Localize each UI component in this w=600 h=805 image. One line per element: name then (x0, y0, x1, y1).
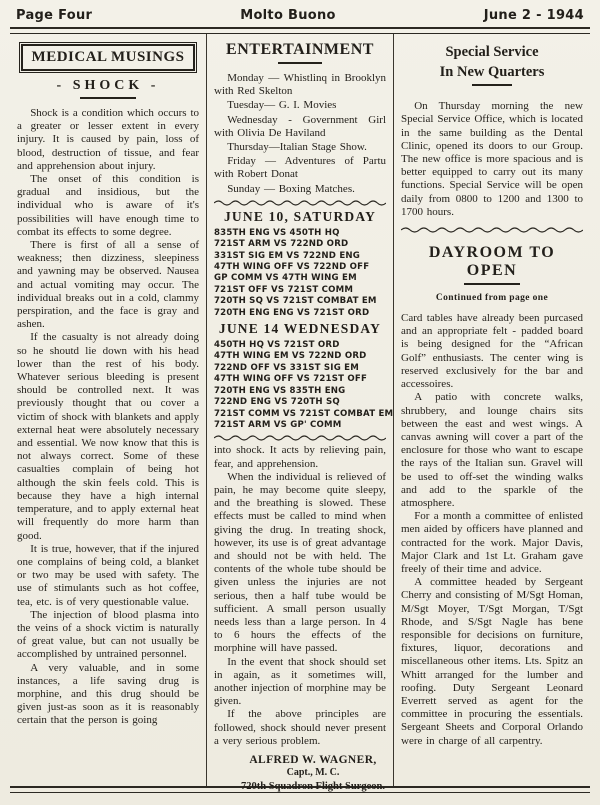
schedule-item: Wednesday - Government Girl with Olivia … (214, 114, 386, 140)
article-continuation-paragraph: into shock. It acts by relieving pain, f… (214, 444, 386, 470)
special-service-headline-line2: In New Quarters (401, 63, 583, 81)
column-special-service: Special Service In New Quarters On Thurs… (394, 34, 590, 786)
game-matchup: 722ND ENG VS 720TH SQ (214, 397, 386, 408)
medical-paragraph: The injection of blood plasma into the v… (17, 609, 199, 662)
column-entertainment: ENTERTAINMENT Monday — Whistlinq in Broo… (206, 34, 394, 786)
entertainment-headline: ENTERTAINMENT (214, 41, 386, 59)
wavy-divider (214, 200, 386, 206)
june14-headline: JUNE 14 WEDNESDAY (214, 321, 386, 337)
signature-title: 720th Squadron Flight Surgeon. (240, 780, 386, 793)
game-matchup: 721ST ARM VS 722ND ORD (214, 239, 386, 250)
signature-rank: Capt., M. C. (240, 767, 386, 780)
game-matchup: 721ST ARM VS GP' COMM (214, 420, 386, 431)
game-matchup: 720TH ENG ENG VS 721ST ORD (214, 308, 386, 319)
game-matchup: 722ND OFF VS 331ST SIG EM (214, 363, 386, 374)
game-matchup: 835TH ENG VS 450TH HQ (214, 228, 386, 239)
game-matchup: 450TH HQ VS 721ST ORD (214, 340, 386, 351)
schedule-item: Friday — Adventures of Partu with Robert… (214, 155, 386, 181)
medical-paragraph: A very valuable, and in some instances, … (17, 662, 199, 728)
newspaper-title: Molto Buono (240, 8, 336, 23)
game-matchup: 721ST COMM VS 721ST COMBAT EM (214, 409, 386, 420)
medical-musings-headline: MEDICAL MUSINGS (21, 44, 195, 71)
article-continuation-paragraph: In the event that shock should set in ag… (214, 656, 386, 709)
columns-container: MEDICAL MUSINGS - SHOCK - Shock is a con… (10, 34, 590, 786)
game-matchup: 720TH ENG VS 835TH ENG (214, 386, 386, 397)
dayroom-paragraph: A committee headed by Sergeant Cherry an… (401, 576, 583, 748)
june10-headline: JUNE 10, SATURDAY (214, 209, 386, 225)
game-matchup: 331ST SIG EM VS 722ND ENG (214, 251, 386, 262)
schedule-item: Sunday — Boxing Matches. (214, 183, 386, 196)
shock-underline-rule (80, 97, 136, 99)
medical-paragraph: There is first of all a sense of weaknes… (17, 239, 199, 331)
game-matchup: 721ST OFF VS 721ST COMM (214, 285, 386, 296)
game-matchup: 47TH WING OFF VS 721ST OFF (214, 374, 386, 385)
article-continuation-paragraph: If the above principles are followed, sh… (214, 708, 386, 748)
wavy-divider (401, 227, 583, 233)
shock-subheadline: - SHOCK - (17, 78, 199, 94)
schedule-item: Tuesday— G. I. Movies (214, 99, 386, 112)
schedule-item: Thursday—Italian Stage Show. (214, 141, 386, 154)
wavy-divider (214, 435, 386, 441)
dayroom-paragraph: A patio with concrete walks, shrubbery, … (401, 391, 583, 510)
schedule-item: Monday — Whistlinq in Brooklyn with Red … (214, 72, 386, 98)
column-medical-musings: MEDICAL MUSINGS - SHOCK - Shock is a con… (10, 34, 206, 786)
special-service-headline-line1: Special Service (401, 43, 583, 61)
masthead: Page Four Molto Buono June 2 - 1944 (10, 5, 590, 27)
signature-name: ALFRED W. WAGNER, (240, 753, 386, 767)
newspaper-page: Page Four Molto Buono June 2 - 1944 MEDI… (0, 0, 600, 805)
medical-paragraph: The onset of this condition is gradual a… (17, 173, 199, 239)
medical-paragraph: Shock is a condition which occurs to a g… (17, 107, 199, 173)
article-continuation-paragraph: When the individual is relieved of pain,… (214, 471, 386, 656)
dayroom-underline-rule (464, 283, 520, 285)
top-rule (10, 27, 590, 34)
dayroom-paragraph: Card tables have already been purcased a… (401, 312, 583, 391)
medical-paragraph: If the casualty is not already doing so … (17, 331, 199, 542)
dayroom-headline: DAYROOM TO OPEN (401, 244, 583, 280)
page-number: Page Four (16, 8, 92, 23)
special-service-paragraph: On Thursday morning the new Special Serv… (401, 100, 583, 219)
game-matchup: 47TH WING OFF VS 722ND OFF (214, 262, 386, 273)
medical-paragraph: It is true, however, that if the injured… (17, 543, 199, 609)
game-matchup: 720TH SQ VS 721ST COMBAT EM (214, 296, 386, 307)
game-matchup: GP COMM VS 47TH WING EM (214, 273, 386, 284)
continued-from-note: Continued from page one (401, 293, 583, 303)
special-service-underline-rule (472, 84, 512, 86)
dayroom-paragraph: For a month a committee of enlisted men … (401, 510, 583, 576)
issue-date: June 2 - 1944 (484, 8, 584, 23)
signature-block: ALFRED W. WAGNER, Capt., M. C. 720th Squ… (214, 753, 386, 793)
game-matchup: 47TH WING EM VS 722ND ORD (214, 351, 386, 362)
entertainment-underline-rule (278, 62, 322, 64)
